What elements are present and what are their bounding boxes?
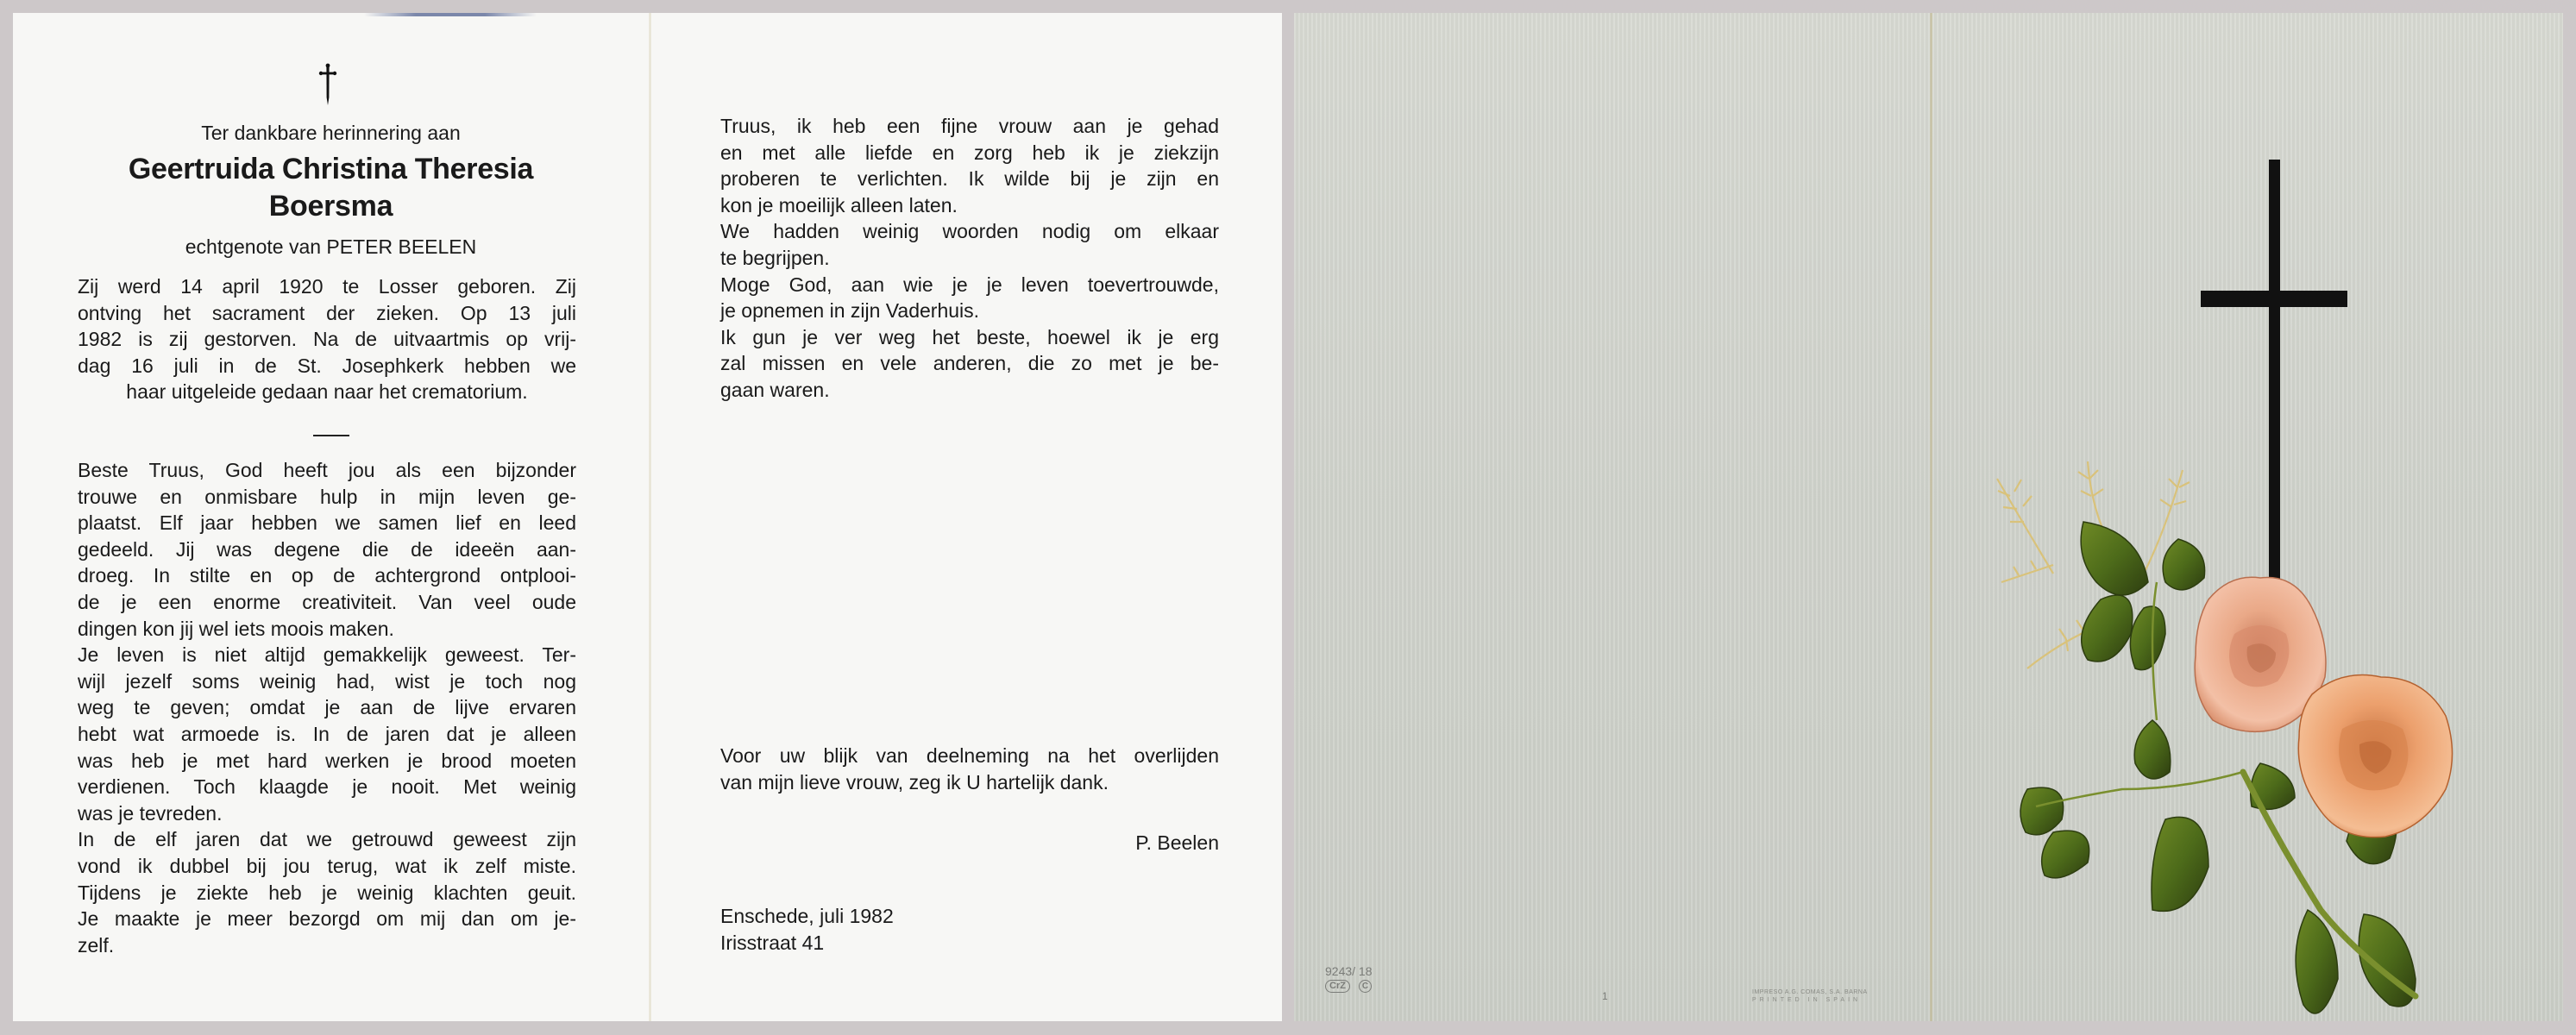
text-line: We hadden weinig woorden nodig om elkaar — [720, 218, 1219, 245]
stems-icon — [2243, 772, 2416, 996]
text-line: 1982 is zij gestorven. Na de uitvaartmis… — [78, 326, 576, 353]
text-line: gedeeld. Jij was degene die de ideeën aa… — [78, 536, 576, 563]
cross-and-roses-illustration — [1294, 13, 2563, 1021]
biography-paragraph: Zij werd 14 april 1920 te Losser geboren… — [78, 273, 576, 405]
text-line: Je leven is niet altijd gemakkelijk gewe… — [78, 642, 576, 668]
text-line: verdienen. Toch klaagde je nooit. Met we… — [78, 774, 576, 800]
printer-imprint: IMPRESO A.G. COMAS, S.A. BARNA PRINTED I… — [1752, 988, 1868, 1004]
copyright-icon: C — [1359, 980, 1372, 993]
text-line: zelf. — [78, 932, 576, 959]
rose-left-icon — [2195, 577, 2326, 731]
spouse-line: echtgenote van PETER BEELEN — [13, 235, 649, 259]
text-line: was je tevreden. — [78, 800, 576, 827]
text-line: droeg. In stilte en op de achtergrond on… — [78, 562, 576, 589]
text-line: was heb je met hard werken je brood moet… — [78, 748, 576, 775]
publisher-logo-icon: CrZ — [1325, 980, 1350, 993]
text-line: Beste Truus, God heeft jou als een bijzo… — [78, 457, 576, 484]
text-line: Truus, ik heb een fijne vrouw aan je geh… — [720, 113, 1219, 140]
grass-sprigs-icon — [1997, 461, 2190, 668]
outer-card-spread: 9243/ 18 CrZ C 1 IMPRESO A.G. COMAS, S.A… — [1294, 13, 2563, 1021]
cross-icon — [2201, 160, 2347, 608]
page-number: 1 — [1602, 990, 1608, 1002]
text-line: dag 16 juli in de St. Josephkerk hebben … — [78, 353, 576, 379]
text-line: en met alle liefde en zorg heb ik je zie… — [720, 140, 1219, 166]
text-line: zal missen en vele anderen, die zo met j… — [720, 350, 1219, 377]
text-line: je opnemen in zijn Vaderhuis. — [720, 298, 1219, 324]
thank-you-note: Voor uw blijk van deelneming na het over… — [720, 743, 1219, 795]
text-line: gaan waren. — [720, 377, 1219, 404]
text-line: dingen kon jij wel iets moois maken. — [78, 616, 576, 643]
personal-letter-part-2: Truus, ik heb een fijne vrouw aan je geh… — [720, 113, 1219, 404]
text-line: proberen te verlichten. Ik wilde bij je … — [720, 166, 1219, 192]
printer-line-2: PRINTED IN SPAIN — [1752, 996, 1868, 1004]
left-inner-page: Ter dankbare herinnering aan Geertruida … — [13, 13, 649, 1021]
deceased-name: Geertruida Christina Theresia Boersma — [13, 151, 649, 225]
fold-line — [1930, 13, 1932, 1021]
inner-card-spread: Ter dankbare herinnering aan Geertruida … — [13, 13, 1282, 1021]
right-inner-page: Truus, ik heb een fijne vrouw aan je geh… — [651, 13, 1282, 1021]
dedication-intro: Ter dankbare herinnering aan — [13, 122, 649, 145]
text-line: Moge God, aan wie je je leven toevertrou… — [720, 272, 1219, 298]
text-line: trouwe en onmisbare hulp in mijn leven g… — [78, 484, 576, 511]
text-line: Ik gun je ver weg het beste, hoewel ik j… — [720, 324, 1219, 351]
place-and-address: Enschede, juli 1982 Irisstraat 41 — [720, 903, 894, 956]
stems-thin-icon — [2036, 582, 2243, 806]
text-line: wijl jezelf soms weinig had, wist je toc… — [78, 668, 576, 695]
text-line: kon je moeilijk alleen laten. — [720, 192, 1219, 219]
text-line: plaatst. Elf jaar hebben we samen lief e… — [78, 510, 576, 536]
text-line: Voor uw blijk van deelneming na het over… — [720, 743, 1219, 769]
text-line: de je een enorme creativiteit. Van veel … — [78, 589, 576, 616]
personal-letter-part-1: Beste Truus, God heeft jou als een bijzo… — [78, 457, 576, 958]
print-code: 9243/ 18 — [1325, 963, 1373, 980]
text-line: ontving het sacrament der zieken. Op 13 … — [78, 300, 576, 327]
text-line: te begrijpen. — [720, 245, 1219, 272]
cross-icon — [315, 63, 341, 106]
text-line: weg te geven; omdat je aan de lijve erva… — [78, 694, 576, 721]
text-line: Je maakte je meer bezorgd om mij dan om … — [78, 906, 576, 932]
print-code-block: 9243/ 18 CrZ C — [1325, 963, 1373, 993]
text-line: Zij werd 14 april 1920 te Losser geboren… — [78, 273, 576, 300]
text-line: haar uitgeleide gedaan naar het cremator… — [78, 379, 576, 405]
place-date: Enschede, juli 1982 — [720, 903, 894, 930]
leaves-icon — [2020, 522, 2416, 1013]
name-line-1: Geertruida Christina Theresia — [13, 151, 649, 188]
printer-line-1: IMPRESO A.G. COMAS, S.A. BARNA — [1752, 988, 1868, 996]
text-line: In de elf jaren dat we getrouwd geweest … — [78, 826, 576, 853]
text-line: Tijdens je ziekte heb je weinig klachten… — [78, 880, 576, 906]
section-divider — [313, 435, 349, 436]
text-line: van mijn lieve vrouw, zeg ik U hartelijk… — [720, 769, 1219, 796]
rose-right-icon — [2298, 675, 2452, 837]
name-line-2: Boersma — [13, 188, 649, 225]
signature: P. Beelen — [1135, 831, 1219, 855]
address: Irisstraat 41 — [720, 930, 894, 957]
text-line: vond ik dubbel bij jou terug, wat ik zel… — [78, 853, 576, 880]
text-line: hebt wat armoede is. In de jaren dat je … — [78, 721, 576, 748]
